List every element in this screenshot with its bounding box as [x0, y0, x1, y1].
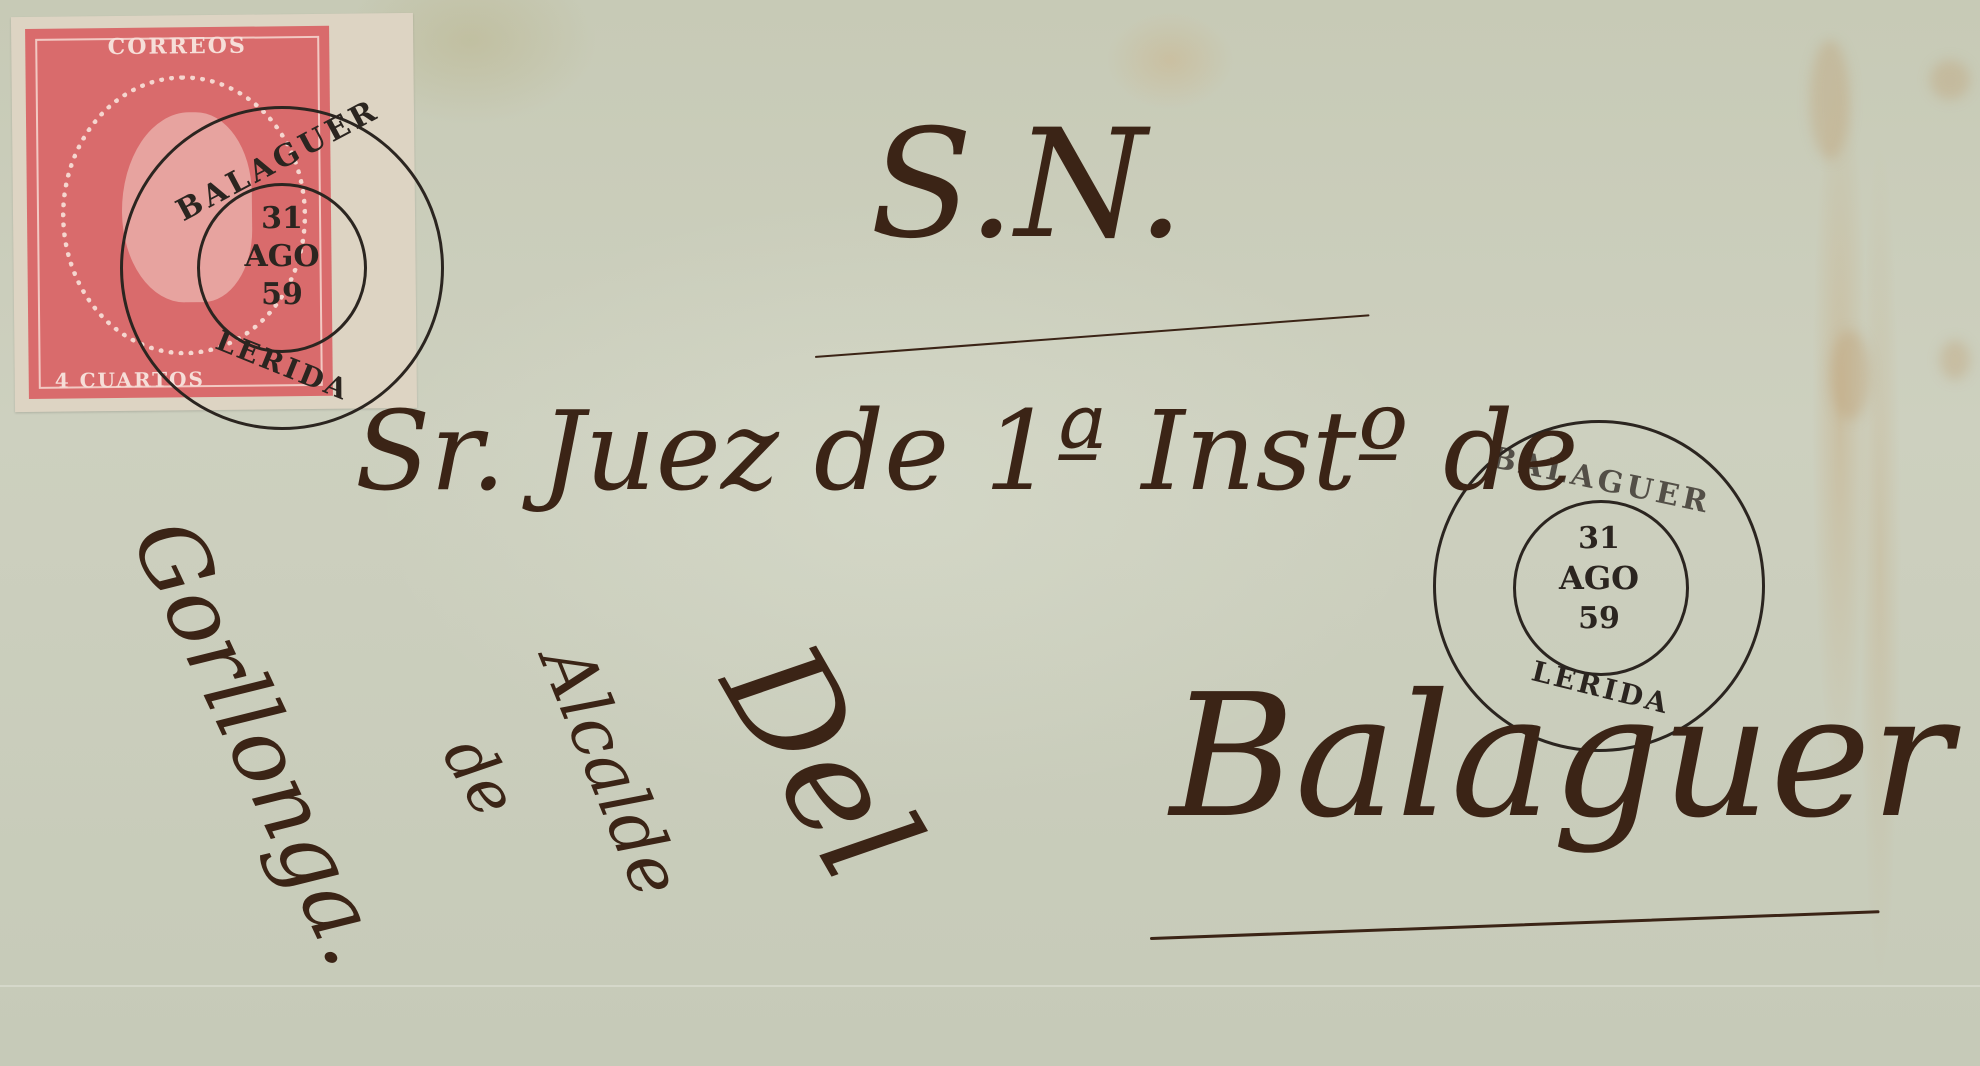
- postmark-year: 59: [1564, 601, 1634, 636]
- address-city: Balaguer: [1170, 655, 1952, 859]
- postmark-month: AGO: [1554, 559, 1644, 597]
- postmark-cancel: BALAGUER 31 AGO 59 LERIDA: [120, 106, 444, 430]
- postmark-year: 59: [247, 277, 317, 312]
- address-recipient: Sr. Juez de 1ª Instº de: [355, 385, 1579, 517]
- foxing-stain: [1940, 340, 1970, 380]
- postmark-day: 31: [247, 201, 317, 236]
- foxing-stain: [1830, 330, 1870, 420]
- postmark-month: AGO: [237, 239, 327, 274]
- address-honorific: S.N.: [870, 110, 1184, 260]
- stamp-top-label: CORREOS: [25, 32, 329, 61]
- fold-crease: [0, 985, 1980, 987]
- postmark-day: 31: [1564, 521, 1634, 556]
- foxing-stain: [1930, 60, 1970, 100]
- foxing-stain: [1810, 40, 1850, 160]
